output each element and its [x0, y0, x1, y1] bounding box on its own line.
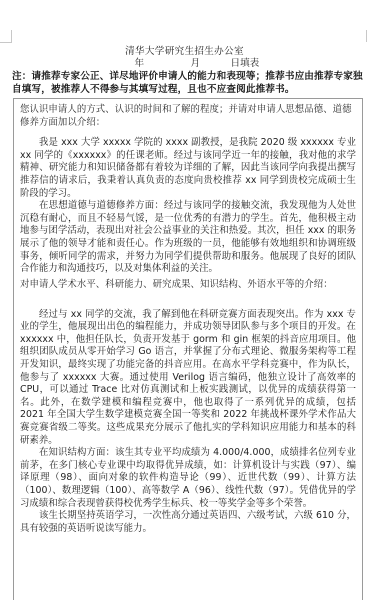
academic-section-prompt: 对申请人学术水平、科研能力、研究成果、知识结构、外语水平等的介绍：	[14, 274, 362, 292]
character-section-prompt: 您认识申请人的方式、认识的时间和了解的程度；并请对申请人思想品德、道德修养方面加…	[14, 99, 362, 129]
knowledge-structure-paragraph: 在知识结构方面：该生其专业平均成绩为 4.000/4.000，成绩排名位列专业前…	[14, 447, 362, 510]
moral-character-paragraph: 在思想道德与道德修养方面：经过与该同学的接触交流，我发现他为人处世沉稳有耐心，而…	[14, 200, 362, 276]
character-section: 您认识申请人的方式、认识的时间和了解的程度；并请对申请人思想品德、道德修养方面加…	[13, 98, 363, 275]
document-header: 清华大学研究生招生办公室 年 月 日填表	[0, 46, 369, 70]
date-year-label: 年	[95, 58, 191, 70]
office-title: 清华大学研究生招生办公室	[0, 46, 369, 58]
instruction-note: 注：请推荐专家公正、详尽地评价申请人的能力和表现等；推荐书应由推荐专家独自填写，…	[12, 71, 363, 96]
date-month-label: 月	[191, 58, 231, 70]
academic-section: 对申请人学术水平、科研能力、研究成果、知识结构、外语水平等的介绍： 经过与 xx…	[13, 274, 363, 600]
recommender-intro-paragraph: 我是 xxx 大学 xxxxx 学院的 xxxx 副教授，是我院 2020 级 …	[14, 137, 362, 200]
research-competition-paragraph: 经过与 xx 同学的交流，我了解到他在科研竞赛方面表现突出。作为 xxx 专业的…	[14, 309, 362, 448]
page-corner-mark-left	[0, 30, 12, 43]
date-line: 年 月 日填表	[0, 58, 369, 70]
english-ability-paragraph: 该生长期坚持英语学习，一次性高分通过英语四、六级考试，六级 610 分，具有较强…	[14, 510, 362, 535]
date-day-label: 日填表	[231, 58, 275, 70]
